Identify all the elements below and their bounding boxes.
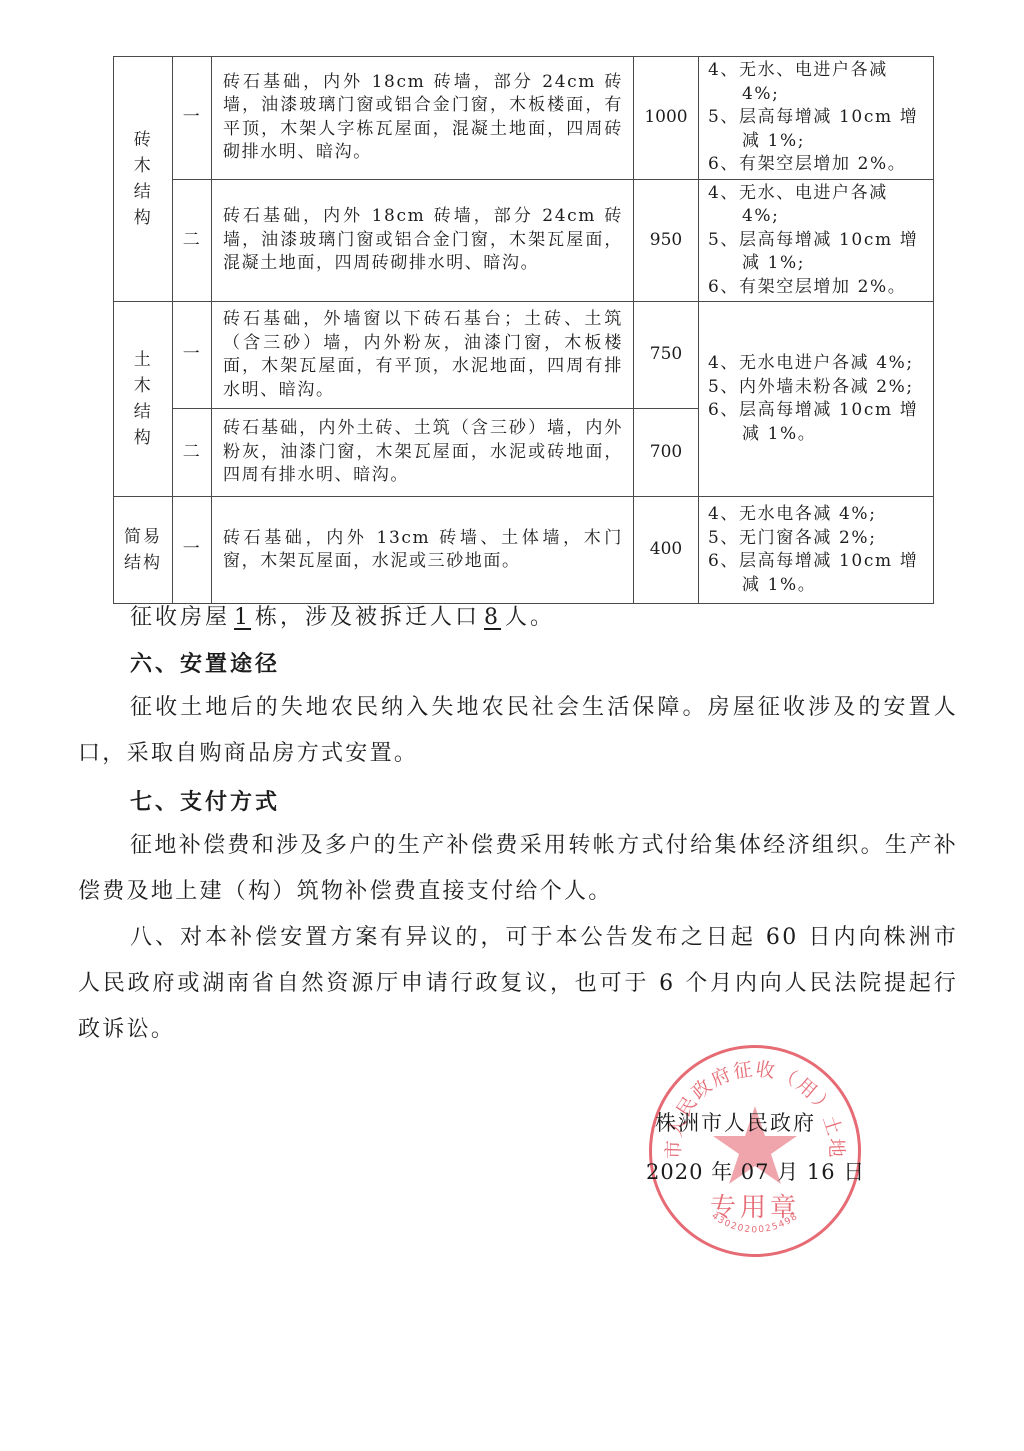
structure-type-cell: 简易结构 (114, 497, 173, 604)
section-6-body: 征收土地后的失地农民纳入失地农民社会生活保障。房屋征收涉及的安置人口，采取自购商… (78, 685, 958, 777)
price-cell: 700 (634, 409, 699, 497)
note-line: 6、层高每增减 10cm 增减 1%。 (708, 399, 925, 446)
description-cell: 砖石基础，内外 18cm 砖墙，部分 24cm 砖墙，油漆玻璃门窗或铝合金门窗，… (212, 179, 634, 302)
table-row: 二 砖石基础，内外 18cm 砖墙，部分 24cm 砖墙，油漆玻璃门窗或铝合金门… (114, 179, 934, 302)
grade-cell: 二 (173, 409, 212, 497)
description-cell: 砖石基础，外墙窗以下砖石基台；土砖、土筑（含三砂）墙，内外粉灰，油漆门窗，木板楼… (212, 302, 634, 409)
description-cell: 砖石基础，内外 18cm 砖墙，部分 24cm 砖墙，油漆玻璃门窗或铝合金门窗，… (212, 57, 634, 180)
notes-cell: 4、无水、电进户各减 4%; 5、层高每增减 10cm 增减 1%; 6、有架空… (699, 179, 934, 302)
signing-date: 2020 年 07 月 16 日 (646, 1156, 865, 1186)
official-seal: 株洲市人民政府征收（用）土地公告 专用章 4302020025498 (649, 1045, 861, 1257)
price-cell: 750 (634, 302, 699, 409)
structure-type-cell: 土木结构 (114, 302, 173, 497)
table-row: 砖木结构 一 砖石基础，内外 18cm 砖墙，部分 24cm 砖墙，油漆玻璃门窗… (114, 57, 934, 180)
note-line: 6、有架空层增加 2%。 (708, 276, 925, 300)
price-cell: 950 (634, 179, 699, 302)
grade-cell: 一 (173, 302, 212, 409)
signing-organization: 株洲市人民政府 (655, 1107, 816, 1137)
document-page: 砖木结构 一 砖石基础，内外 18cm 砖墙，部分 24cm 砖墙，油漆玻璃门窗… (0, 0, 1024, 1451)
section-8-body: 八、对本补偿安置方案有异议的，可于本公告发布之日起 60 日内向株洲市人民政府或… (78, 915, 958, 1053)
price-cell: 400 (634, 497, 699, 604)
structure-type-cell: 砖木结构 (114, 57, 173, 302)
grade-cell: 二 (173, 179, 212, 302)
note-line: 4、无水电各减 4%; (708, 503, 925, 527)
summary-line: 征收房屋1栋，涉及被拆迁人口8人。 (78, 595, 958, 641)
note-line: 4、无水、电进户各减 4%; (708, 182, 925, 229)
description-cell: 砖石基础，内外 13cm 砖墙、土体墙，木门窗，木架瓦屋面，水泥或三砂地面。 (212, 497, 634, 604)
note-line: 5、层高每增减 10cm 增减 1%; (708, 106, 925, 153)
note-line: 5、内外墙未粉各减 2%; (708, 376, 925, 400)
section-7-heading: 七、支付方式 (130, 785, 280, 816)
note-line: 5、层高每增减 10cm 增减 1%; (708, 229, 925, 276)
section-6-heading: 六、安置途径 (130, 647, 280, 678)
description-cell: 砖石基础，内外土砖、土筑（含三砂）墙，内外粉灰，油漆门窗，木架瓦屋面，水泥或砖地… (212, 409, 634, 497)
table-row: 简易结构 一 砖石基础，内外 13cm 砖墙、土体墙，木门窗，木架瓦屋面，水泥或… (114, 497, 934, 604)
notes-cell: 4、无水电各减 4%; 5、无门窗各减 2%; 6、层高每增减 10cm 增减 … (699, 497, 934, 604)
grade-cell: 一 (173, 497, 212, 604)
seal-graphic: 株洲市人民政府征收（用）土地公告 专用章 4302020025498 (652, 1048, 858, 1254)
note-line: 5、无门窗各减 2%; (708, 527, 925, 551)
note-line: 6、有架空层增加 2%。 (708, 153, 925, 177)
people-count: 8 (480, 605, 505, 630)
table-row: 土木结构 一 砖石基础，外墙窗以下砖石基台；土砖、土筑（含三砂）墙，内外粉灰，油… (114, 302, 934, 409)
notes-cell: 4、无水电进户各减 4%; 5、内外墙未粉各减 2%; 6、层高每增减 10cm… (699, 302, 934, 497)
houses-count: 1 (230, 605, 255, 630)
notes-cell: 4、无水、电进户各减 4%; 5、层高每增减 10cm 增减 1%; 6、有架空… (699, 57, 934, 180)
compensation-table: 砖木结构 一 砖石基础，内外 18cm 砖墙，部分 24cm 砖墙，油漆玻璃门窗… (113, 56, 934, 604)
note-line: 6、层高每增减 10cm 增减 1%。 (708, 550, 925, 597)
grade-cell: 一 (173, 57, 212, 180)
note-line: 4、无水电进户各减 4%; (708, 352, 925, 376)
note-line: 4、无水、电进户各减 4%; (708, 59, 925, 106)
section-7-body: 征地补偿费和涉及多户的生产补偿费采用转帐方式付给集体经济组织。生产补偿费及地上建… (78, 823, 958, 915)
price-cell: 1000 (634, 57, 699, 180)
